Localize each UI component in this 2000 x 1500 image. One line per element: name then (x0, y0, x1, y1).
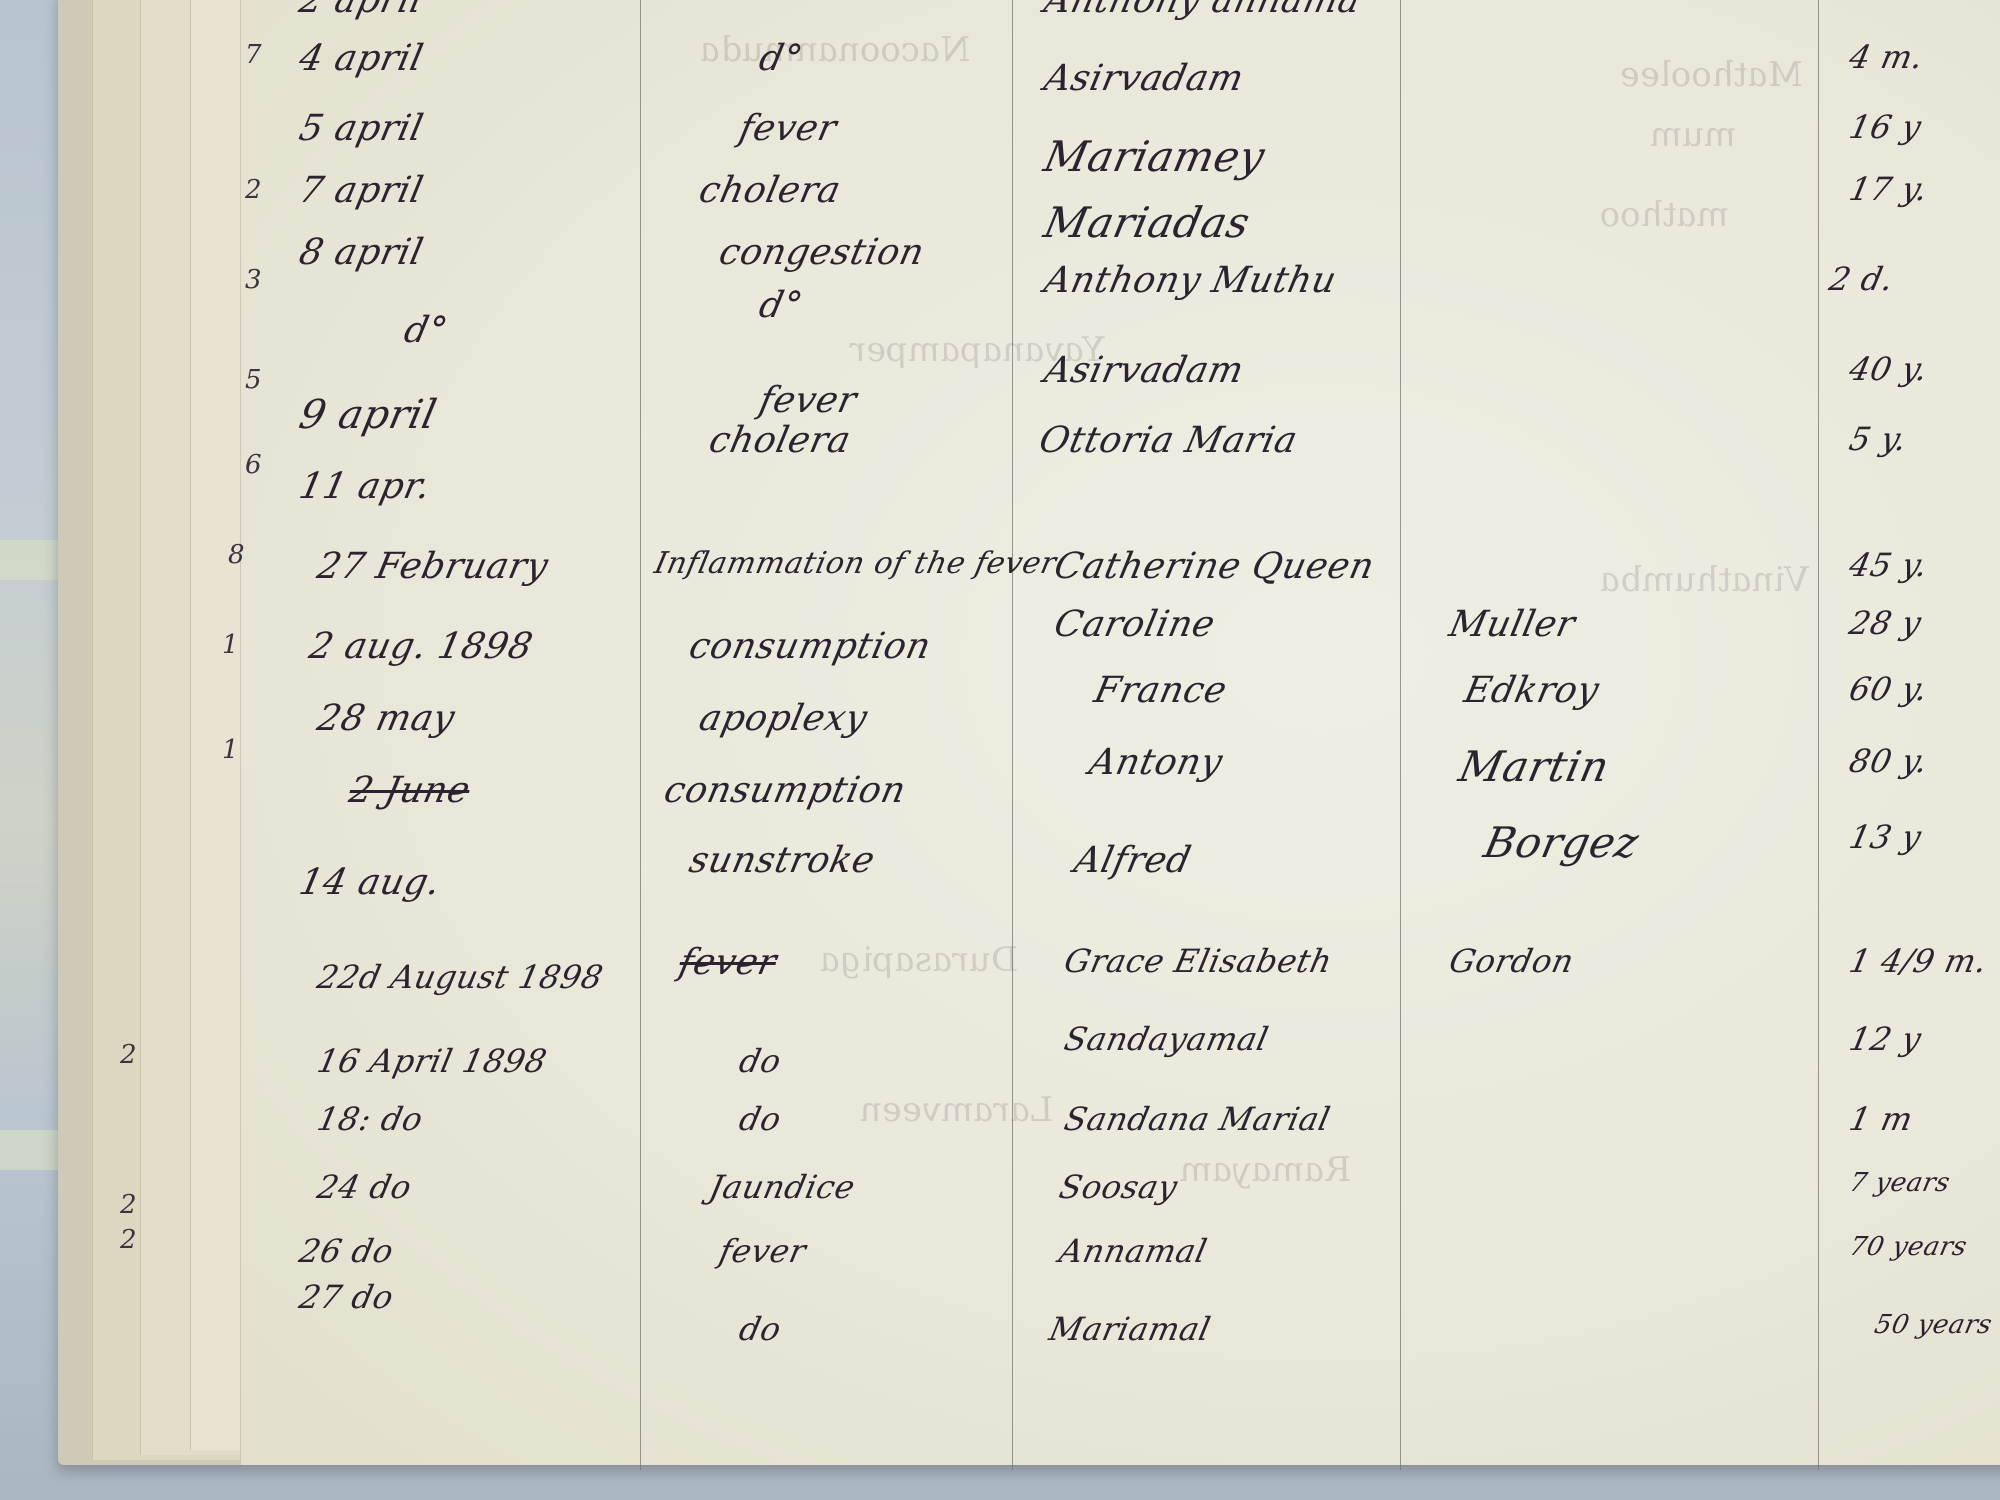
register-row: 11 apr. (0, 466, 2000, 526)
date-cell: 22d August 1898 (314, 958, 607, 996)
given-name-cell: Sandana Marial (1061, 1100, 1334, 1138)
age-cell: 70 years (1847, 1232, 1970, 1262)
date-cell: 16 April 1898 (314, 1042, 550, 1080)
register-row: do Mariamal 50 years (0, 1310, 2000, 1370)
date-cell: 14 aug. (296, 862, 445, 903)
register-row: 16 April 1898 do (0, 1042, 2000, 1102)
age-cell: 45 y. (1846, 546, 1931, 584)
register-row: 18: do do Sandana Marial 1 m (0, 1100, 2000, 1160)
cause-cell: do (736, 1310, 785, 1348)
register-row: 27 February Inflammation of the fever Ca… (0, 546, 2000, 606)
age-cell: 1 m (1846, 1100, 1916, 1138)
date-cell: 18: do (314, 1100, 426, 1138)
cause-cell: Inflammation of the fever (651, 546, 1059, 581)
date-cell: 2 april (296, 0, 427, 21)
cause-cell: Jaundice (706, 1168, 859, 1206)
age-cell: 7 years (1847, 1168, 1953, 1198)
register-row: 22d August 1898 (0, 958, 2000, 1018)
date-cell: 26 do (296, 1232, 397, 1270)
given-name-cell: Annamal (1056, 1232, 1211, 1270)
cause-cell: fever (716, 1232, 810, 1270)
register-row: 14 aug. (0, 862, 2000, 922)
date-cell: 11 apr. (296, 466, 435, 507)
cause-cell: consumption (686, 626, 935, 667)
date-cell: d° (401, 310, 452, 351)
date-cell: 24 do (314, 1168, 415, 1206)
age-cell: 5 y. (1846, 420, 1911, 458)
register-row: 2 april Anthony annama (0, 0, 2000, 40)
given-name-cell: Asirvadam (1041, 58, 1248, 99)
date-cell: 2 aug. 1898 (306, 626, 537, 667)
given-name-cell: Mariamal (1046, 1310, 1214, 1348)
cause-cell: cholera (706, 420, 855, 461)
given-name-cell: Soosay (1056, 1168, 1181, 1206)
cause-cell: do (736, 1100, 785, 1138)
cause-cell: consumption (661, 770, 910, 811)
given-name-cell: Catherine Queen (1051, 546, 1378, 587)
age-cell: 50 years (1872, 1310, 1995, 1340)
given-name-cell: Anthony annama (1041, 0, 1365, 21)
date-cell: 28 may (314, 698, 459, 739)
cause-cell: apoplexy (696, 698, 871, 739)
register-row: 24 do Jaundice Soosay 7 years (0, 1168, 2000, 1228)
cause-cell: do (736, 1042, 785, 1080)
date-cell: 27 February (314, 546, 552, 587)
given-name-cell: Ottoria Maria (1036, 420, 1301, 461)
date-cell: 2 June (346, 770, 474, 811)
